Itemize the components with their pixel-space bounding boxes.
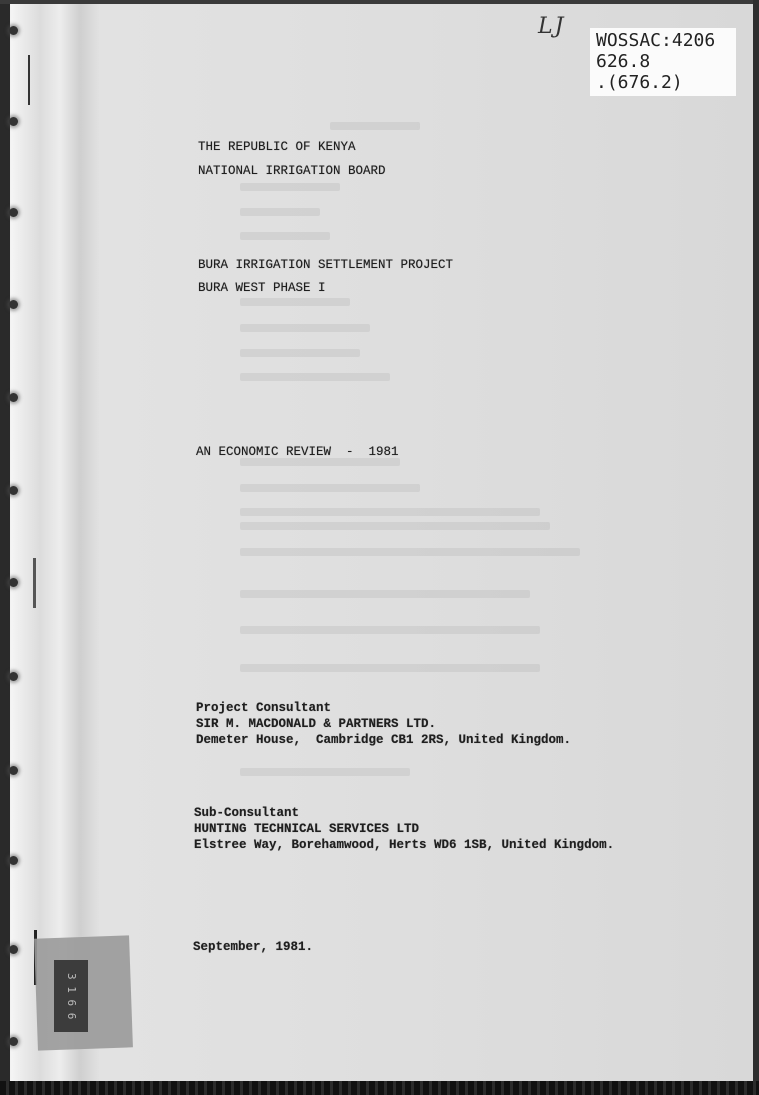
punch-hole-icon <box>9 766 18 775</box>
punch-hole-icon <box>9 117 18 126</box>
scan-top-edge <box>0 0 759 4</box>
staple-icon <box>28 55 30 105</box>
consultant-address: Demeter House, Cambridge CB1 2RS, United… <box>196 732 571 748</box>
bleed-through-text <box>240 548 580 556</box>
sub-consultant-role: Sub-Consultant <box>194 805 299 821</box>
bleed-through-text <box>240 590 530 598</box>
punch-hole-icon <box>9 208 18 217</box>
bleed-through-text <box>240 349 360 357</box>
fastener-icon <box>33 558 36 608</box>
secondary-classification: .(676.2) <box>596 72 736 93</box>
bleed-through-text <box>240 508 540 516</box>
punch-hole-icon <box>9 300 18 309</box>
punch-hole-icon <box>9 393 18 402</box>
publication-date: September, 1981. <box>193 936 313 958</box>
punch-hole-icon <box>9 486 18 495</box>
scan-right-edge <box>753 0 759 1095</box>
bleed-through-text <box>240 626 540 634</box>
bleed-through-text <box>240 373 390 381</box>
punch-hole-icon <box>9 26 18 35</box>
punch-hole-icon <box>9 1037 18 1046</box>
sub-consultant-name: HUNTING TECHNICAL SERVICES LTD <box>194 821 419 837</box>
bleed-through-text <box>330 122 420 130</box>
bleed-through-text <box>240 232 330 240</box>
library-shelf-code: 3 1 6 6 <box>54 960 88 1032</box>
bleed-through-text <box>240 484 420 492</box>
consultant-role: Project Consultant <box>196 700 331 716</box>
archive-reference-label: WOSSAC:4206 626.8 .(676.2) <box>590 28 736 96</box>
classification-number: 626.8 <box>596 51 736 72</box>
handwritten-note: LJ <box>538 14 565 39</box>
scan-bottom-edge <box>0 1081 759 1095</box>
punch-hole-icon <box>9 578 18 587</box>
punch-hole-icon <box>9 672 18 681</box>
issuer-line-2: NATIONAL IRRIGATION BOARD <box>198 160 386 182</box>
punch-hole-icon <box>9 856 18 865</box>
project-phase: BURA WEST PHASE I <box>198 277 326 299</box>
bleed-through-text <box>240 208 320 216</box>
bleed-through-text <box>240 522 550 530</box>
bleed-through-text <box>240 183 340 191</box>
bleed-through-text <box>240 768 410 776</box>
scanned-document-page: LJ WOSSAC:4206 626.8 .(676.2) THE REPUBL… <box>0 0 759 1095</box>
bleed-through-text <box>240 298 350 306</box>
project-name: BURA IRRIGATION SETTLEMENT PROJECT <box>198 254 453 276</box>
sub-consultant-address: Elstree Way, Borehamwood, Herts WD6 1SB,… <box>194 837 614 853</box>
consultant-name: SIR M. MACDONALD & PARTNERS LTD. <box>196 716 436 732</box>
bleed-through-text <box>240 664 540 672</box>
punch-hole-icon <box>9 945 18 954</box>
report-title: AN ECONOMIC REVIEW - 1981 <box>196 441 399 463</box>
bleed-through-text <box>240 324 370 332</box>
archive-code: WOSSAC:4206 <box>596 30 736 51</box>
issuer-line-1: THE REPUBLIC OF KENYA <box>198 136 356 158</box>
